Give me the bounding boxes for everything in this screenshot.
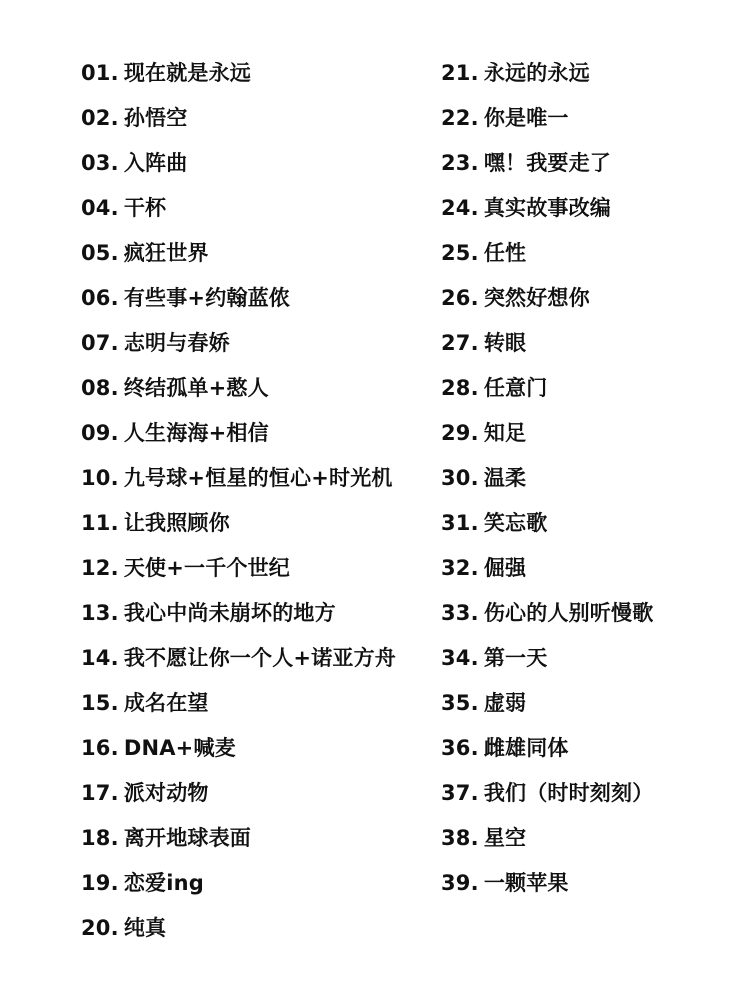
song-number: 39.	[441, 871, 479, 895]
song-title: 离开地球表面	[124, 826, 251, 850]
song-item: 17.派对动物	[81, 775, 396, 820]
song-item: 05.疯狂世界	[81, 235, 396, 280]
song-number: 04.	[81, 196, 119, 220]
song-item: 07.志明与春娇	[81, 325, 396, 370]
song-item: 35.虚弱	[441, 685, 653, 730]
song-title: 人生海海+相信	[124, 421, 269, 445]
song-item: 11.让我照顾你	[81, 505, 396, 550]
song-title: 任性	[484, 241, 526, 265]
song-number: 25.	[441, 241, 479, 265]
song-title: 温柔	[484, 466, 526, 490]
song-number: 05.	[81, 241, 119, 265]
setlist-left-column: 01.现在就是永远 02.孙悟空 03.入阵曲 04.干杯 05.疯狂世界 06…	[81, 55, 396, 955]
song-item: 38.星空	[441, 820, 653, 865]
song-number: 08.	[81, 376, 119, 400]
song-number: 07.	[81, 331, 119, 355]
song-title: 永远的永远	[484, 61, 590, 85]
song-number: 24.	[441, 196, 479, 220]
song-item: 21.永远的永远	[441, 55, 653, 100]
song-title: 一颗苹果	[484, 871, 569, 895]
song-title: 有些事+约翰蓝侬	[124, 286, 290, 310]
song-title: 我们（时时刻刻）	[484, 781, 654, 805]
song-title: 孙悟空	[124, 106, 188, 130]
song-number: 28.	[441, 376, 479, 400]
song-item: 20.纯真	[81, 910, 396, 955]
song-number: 38.	[441, 826, 479, 850]
song-item: 36.雌雄同体	[441, 730, 653, 775]
song-number: 26.	[441, 286, 479, 310]
song-title: 现在就是永远	[124, 61, 251, 85]
song-title: 真实故事改编	[484, 196, 611, 220]
song-item: 12.天使+一千个世纪	[81, 550, 396, 595]
song-title: 星空	[484, 826, 526, 850]
song-title: 我不愿让你一个人+诺亚方舟	[124, 646, 396, 670]
song-title: 你是唯一	[484, 106, 569, 130]
song-number: 15.	[81, 691, 119, 715]
song-title: 天使+一千个世纪	[124, 556, 290, 580]
song-number: 01.	[81, 61, 119, 85]
song-item: 16.DNA+喊麦	[81, 730, 396, 775]
song-number: 23.	[441, 151, 479, 175]
song-number: 06.	[81, 286, 119, 310]
song-number: 17.	[81, 781, 119, 805]
song-number: 16.	[81, 736, 119, 760]
setlist-right-column: 21.永远的永远 22.你是唯一 23.嘿！我要走了 24.真实故事改编 25.…	[441, 55, 653, 910]
song-title: 九号球+恒星的恒心+时光机	[124, 466, 393, 490]
song-number: 35.	[441, 691, 479, 715]
song-number: 19.	[81, 871, 119, 895]
song-number: 09.	[81, 421, 119, 445]
song-title: DNA+喊麦	[124, 736, 236, 760]
song-title: 笑忘歌	[484, 511, 548, 535]
song-title: 让我照顾你	[124, 511, 230, 535]
song-item: 23.嘿！我要走了	[441, 145, 653, 190]
song-item: 29.知足	[441, 415, 653, 460]
song-number: 02.	[81, 106, 119, 130]
song-title: 嘿！我要走了	[484, 151, 611, 175]
song-number: 03.	[81, 151, 119, 175]
song-item: 06.有些事+约翰蓝侬	[81, 280, 396, 325]
song-item: 37.我们（时时刻刻）	[441, 775, 653, 820]
song-item: 08.终结孤单+憨人	[81, 370, 396, 415]
song-number: 32.	[441, 556, 479, 580]
song-title: 知足	[484, 421, 526, 445]
song-item: 26.突然好想你	[441, 280, 653, 325]
song-item: 09.人生海海+相信	[81, 415, 396, 460]
song-number: 33.	[441, 601, 479, 625]
song-item: 13.我心中尚未崩坏的地方	[81, 595, 396, 640]
song-item: 32.倔强	[441, 550, 653, 595]
song-title: 纯真	[124, 916, 166, 940]
song-title: 任意门	[484, 376, 548, 400]
song-item: 10.九号球+恒星的恒心+时光机	[81, 460, 396, 505]
song-item: 27.转眼	[441, 325, 653, 370]
song-number: 21.	[441, 61, 479, 85]
song-title: 终结孤单+憨人	[124, 376, 269, 400]
song-number: 14.	[81, 646, 119, 670]
song-item: 33.伤心的人别听慢歌	[441, 595, 653, 640]
song-item: 01.现在就是永远	[81, 55, 396, 100]
song-title: 转眼	[484, 331, 526, 355]
song-title: 雌雄同体	[484, 736, 569, 760]
song-title: 恋爱ing	[124, 871, 204, 895]
song-title: 倔强	[484, 556, 526, 580]
song-title: 第一天	[484, 646, 548, 670]
song-number: 34.	[441, 646, 479, 670]
song-item: 34.第一天	[441, 640, 653, 685]
song-item: 25.任性	[441, 235, 653, 280]
song-item: 24.真实故事改编	[441, 190, 653, 235]
song-item: 19.恋爱ing	[81, 865, 396, 910]
song-title: 疯狂世界	[124, 241, 209, 265]
song-item: 14.我不愿让你一个人+诺亚方舟	[81, 640, 396, 685]
song-title: 志明与春娇	[124, 331, 230, 355]
song-item: 04.干杯	[81, 190, 396, 235]
song-item: 15.成名在望	[81, 685, 396, 730]
song-item: 39.一颗苹果	[441, 865, 653, 910]
song-item: 02.孙悟空	[81, 100, 396, 145]
song-number: 31.	[441, 511, 479, 535]
song-number: 37.	[441, 781, 479, 805]
song-number: 10.	[81, 466, 119, 490]
song-item: 18.离开地球表面	[81, 820, 396, 865]
song-title: 派对动物	[124, 781, 209, 805]
song-item: 03.入阵曲	[81, 145, 396, 190]
song-number: 11.	[81, 511, 119, 535]
song-number: 29.	[441, 421, 479, 445]
song-number: 22.	[441, 106, 479, 130]
song-item: 22.你是唯一	[441, 100, 653, 145]
song-title: 我心中尚未崩坏的地方	[124, 601, 336, 625]
song-item: 28.任意门	[441, 370, 653, 415]
song-number: 18.	[81, 826, 119, 850]
song-title: 入阵曲	[124, 151, 188, 175]
song-item: 30.温柔	[441, 460, 653, 505]
song-number: 12.	[81, 556, 119, 580]
song-number: 20.	[81, 916, 119, 940]
song-number: 13.	[81, 601, 119, 625]
song-title: 干杯	[124, 196, 166, 220]
song-title: 成名在望	[124, 691, 209, 715]
song-number: 36.	[441, 736, 479, 760]
song-title: 伤心的人别听慢歌	[484, 601, 654, 625]
song-title: 虚弱	[484, 691, 526, 715]
song-title: 突然好想你	[484, 286, 590, 310]
song-number: 30.	[441, 466, 479, 490]
song-item: 31.笑忘歌	[441, 505, 653, 550]
song-number: 27.	[441, 331, 479, 355]
